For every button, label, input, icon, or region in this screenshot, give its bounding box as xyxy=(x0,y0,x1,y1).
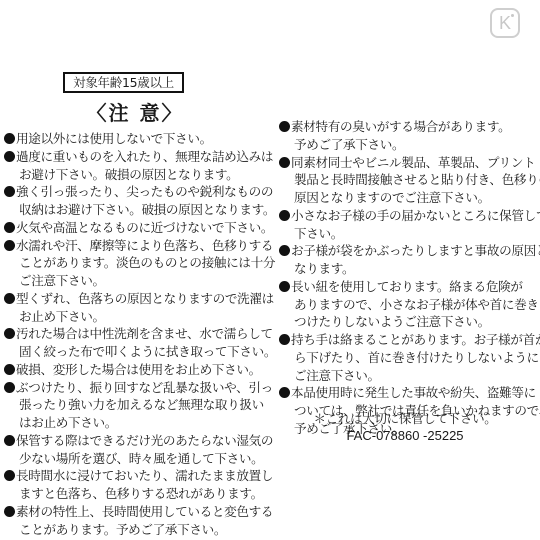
caution-item: 長い紐を使用しております。絡まる危険がありますので、小さなお子様が体や首に巻きつ… xyxy=(279,278,535,331)
caution-list-right: 素材特有の臭いがする場合があります。予めご了承下さい。同素材同士やビニル製品、革… xyxy=(279,118,535,438)
caution-text-line: ことがあります。予めご了承下さい。 xyxy=(16,521,266,539)
caution-item: 火気や高温となるものに近づけないで下さい。 xyxy=(4,219,266,237)
caution-text-line: 火気や高温となるものに近づけないで下さい。 xyxy=(16,219,266,237)
caution-text-line: ご注意下さい。 xyxy=(16,272,266,290)
caution-text-line: 過度に重いものを入れたり、無理な詰め込みは xyxy=(16,148,266,166)
caution-text-line: ご注意下さい。 xyxy=(291,367,535,385)
bullet-icon xyxy=(4,186,15,197)
caution-item: 水濡れや汗、摩擦等により色落ち、色移りすることがあります。淡色のものとの接触には… xyxy=(4,237,266,290)
caution-text-line: 同素材同士やビニル製品、革製品、プリント xyxy=(291,154,535,172)
brand-logo: K xyxy=(490,8,520,38)
caution-text-line: 張ったり強い力を加えるなど無理な取り扱い xyxy=(16,396,266,414)
bullet-icon xyxy=(4,151,15,162)
caution-text-line: ことがあります。淡色のものとの接触には十分 xyxy=(16,254,266,272)
bullet-icon xyxy=(279,210,290,221)
caution-item: 長時間水に浸けておいたり、濡れたまま放置しますと色落ち、色移りする恐れがあります… xyxy=(4,467,266,503)
logo-letter: K xyxy=(499,13,511,34)
caution-text-line: お避け下さい。破損の原因となります。 xyxy=(16,166,266,184)
caution-text-line: 原因となりますのでご注意下さい。 xyxy=(291,189,535,207)
caution-text-line: ぶつけたり、振り回すなど乱暴な扱いや、引っ xyxy=(16,379,266,397)
bullet-icon xyxy=(279,334,290,345)
caution-text-line: 長い紐を使用しております。絡まる危険が xyxy=(291,278,535,296)
caution-item: お子様が袋をかぶったりしますと事故の原因となります。 xyxy=(279,242,535,278)
caution-item: ぶつけたり、振り回すなど乱暴な扱いや、引っ張ったり強い力を加えるなど無理な取り扱… xyxy=(4,379,266,432)
bullet-icon xyxy=(4,435,15,446)
caution-item: 強く引っ張ったり、尖ったものや鋭利なものの収納はお避け下さい。破損の原因となりま… xyxy=(4,183,266,219)
caution-text-line: 素材特有の臭いがする場合があります。 xyxy=(291,118,535,136)
caution-text-line: 予めご了承下さい。 xyxy=(291,136,535,154)
caution-item: 持ち手は絡まることがあります。お子様が首から下げたり、首に巻き付けたりしないよう… xyxy=(279,331,535,384)
bullet-icon xyxy=(4,364,15,375)
bullet-icon xyxy=(4,222,15,233)
bullet-icon xyxy=(4,293,15,304)
caution-item: 同素材同士やビニル製品、革製品、プリント製品と長時間接触させると貼り付き、色移り… xyxy=(279,154,535,207)
caution-text-line: つけたりしないようご注意下さい。 xyxy=(291,313,535,331)
caution-item: 破損、変形した場合は使用をお止め下さい。 xyxy=(4,361,266,379)
bullet-icon xyxy=(279,281,290,292)
caution-text-line: なります。 xyxy=(291,260,535,278)
caution-text-line: 持ち手は絡まることがあります。お子様が首か xyxy=(291,331,535,349)
caution-title: 〈注 意〉 xyxy=(80,97,190,126)
caution-text-line: お止め下さい。 xyxy=(16,308,266,326)
bullet-icon xyxy=(279,121,290,132)
caution-text-line: 本品使用時に発生した事故や紛失、盗難等に xyxy=(291,384,535,402)
caution-text-line: 水濡れや汗、摩擦等により色落ち、色移りする xyxy=(16,237,266,255)
caution-text-line: お子様が袋をかぶったりしますと事故の原因と xyxy=(291,242,535,260)
caution-item: 素材の特性上、長時間使用していると変色することがあります。予めご了承下さい。 xyxy=(4,503,266,539)
caution-text-line: 強く引っ張ったり、尖ったものや鋭利なものの xyxy=(16,183,266,201)
caution-text-line: 素材の特性上、長時間使用していると変色する xyxy=(16,503,266,521)
caution-item: 型くずれ、色落ちの原因となりますので洗濯はお止め下さい。 xyxy=(4,290,266,326)
caution-text-line: 保管する際はできるだけ光のあたらない湿気の xyxy=(16,432,266,450)
caution-text-line: 下さい。 xyxy=(291,225,535,243)
caution-text-line: 製品と長時間接触させると貼り付き、色移りの xyxy=(291,171,535,189)
caution-text-line: ありますので、小さなお子様が体や首に巻き xyxy=(291,296,535,314)
bullet-icon xyxy=(279,245,290,256)
bullet-icon xyxy=(4,470,15,481)
bullet-icon xyxy=(4,506,15,517)
bullet-icon xyxy=(4,328,15,339)
caution-item: 素材特有の臭いがする場合があります。予めご了承下さい。 xyxy=(279,118,535,154)
caution-text-line: ら下げたり、首に巻き付けたりしないように xyxy=(291,349,535,367)
caution-item: 用途以外には使用しないで下さい。 xyxy=(4,130,266,148)
bullet-icon xyxy=(4,382,15,393)
caution-item: 過度に重いものを入れたり、無理な詰め込みはお避け下さい。破損の原因となります。 xyxy=(4,148,266,184)
caution-text-line: 少ない場所を選び、時々風を通して下さい。 xyxy=(16,450,266,468)
bullet-icon xyxy=(279,157,290,168)
caution-text-line: ますと色落ち、色移りする恐れがあります。 xyxy=(16,485,266,503)
bullet-icon xyxy=(279,387,290,398)
caution-text-line: 長時間水に浸けておいたり、濡れたまま放置し xyxy=(16,467,266,485)
caution-text-line: 型くずれ、色落ちの原因となりますので洗濯は xyxy=(16,290,266,308)
caution-item: 小さなお子様の手の届かないところに保管して下さい。 xyxy=(279,207,535,243)
caution-text-line: 汚れた場合は中性洗剤を含ませ、水で濡らして xyxy=(16,325,266,343)
bullet-icon xyxy=(4,240,15,251)
bullet-icon xyxy=(4,133,15,144)
caution-item: 汚れた場合は中性洗剤を含ませ、水で濡らして固く絞った布で叩くように拭き取って下さ… xyxy=(4,325,266,361)
caution-text-line: 小さなお子様の手の届かないところに保管して xyxy=(291,207,535,225)
caution-text-line: 用途以外には使用しないで下さい。 xyxy=(16,130,266,148)
caution-item: 保管する際はできるだけ光のあたらない湿気の少ない場所を選び、時々風を通して下さい… xyxy=(4,432,266,468)
logo-dot-icon xyxy=(511,14,514,17)
caution-text-line: はお止め下さい。 xyxy=(16,414,266,432)
product-code: FAC-078860 -25225 xyxy=(300,428,510,443)
storage-note: ＊これは大切に保管して下さい。 xyxy=(300,409,510,427)
age-recommendation-label: 対象年齢15歳以上 xyxy=(63,72,184,93)
caution-text-line: 固く絞った布で叩くように拭き取って下さい。 xyxy=(16,343,266,361)
caution-list-left: 用途以外には使用しないで下さい。過度に重いものを入れたり、無理な詰め込みはお避け… xyxy=(4,130,266,538)
caution-text-line: 収納はお避け下さい。破損の原因となります。 xyxy=(16,201,266,219)
caution-text-line: 破損、変形した場合は使用をお止め下さい。 xyxy=(16,361,266,379)
